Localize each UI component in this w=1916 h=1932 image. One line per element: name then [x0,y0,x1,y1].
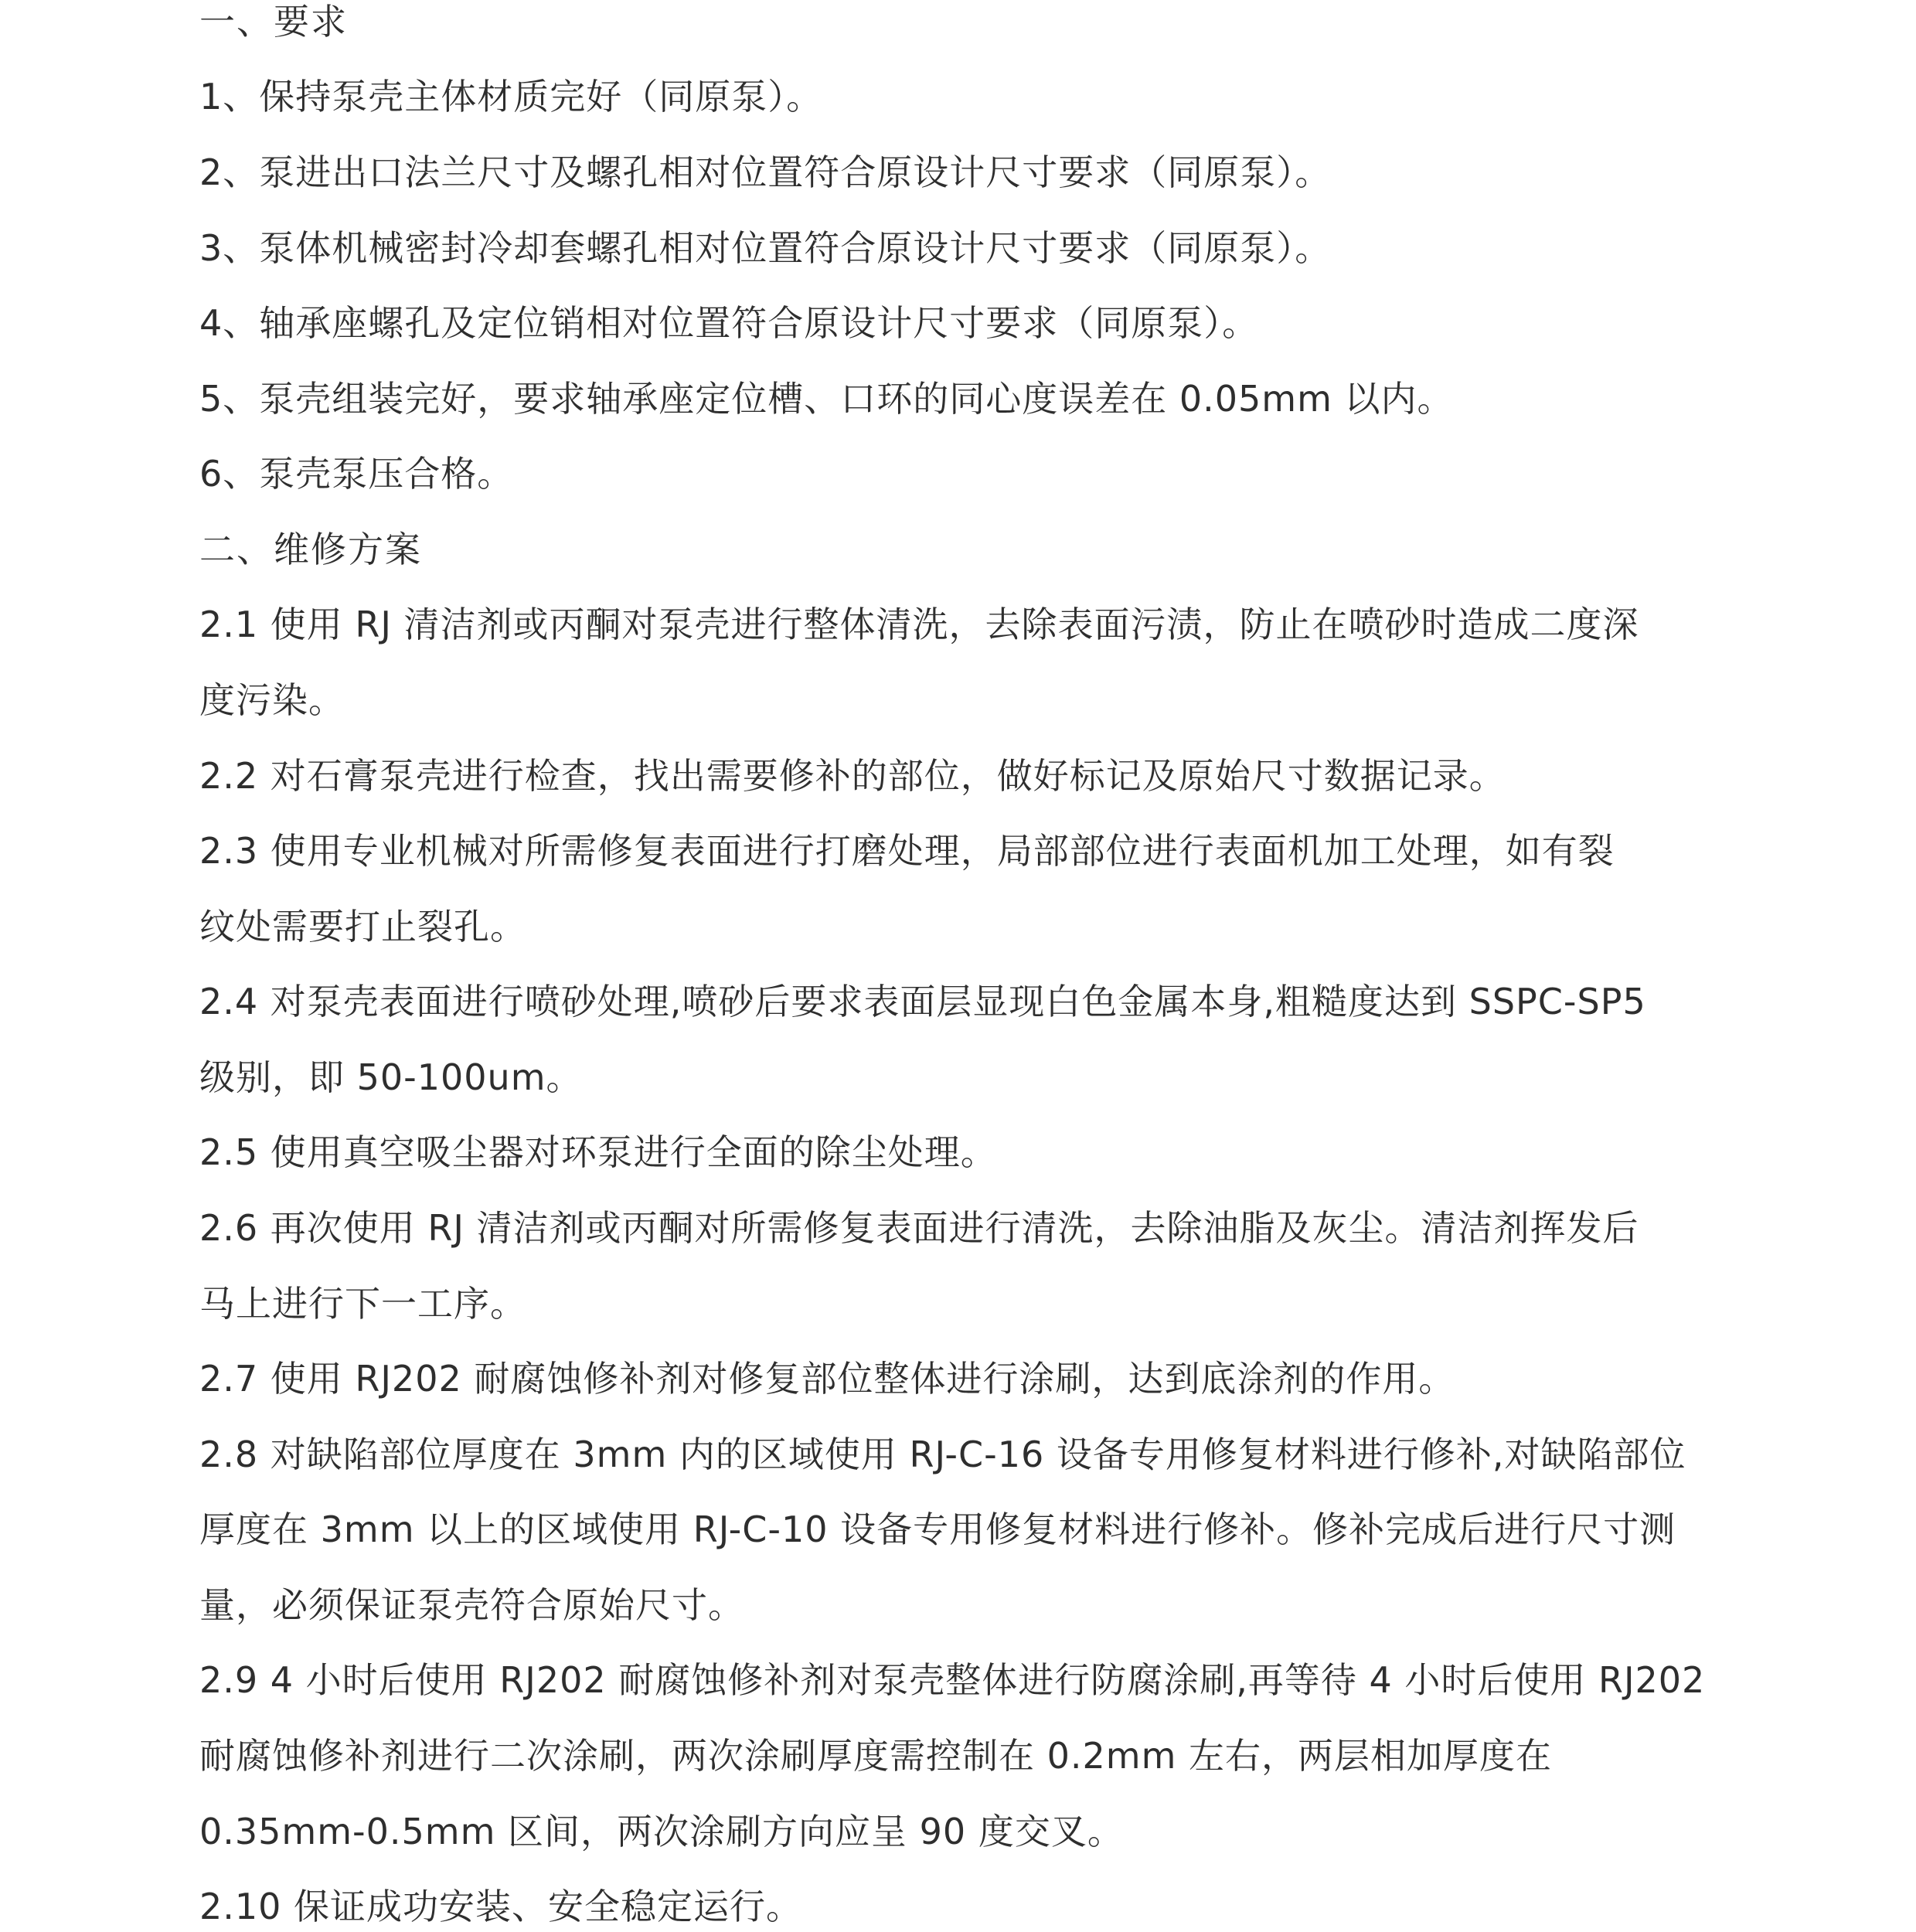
requirement-item-2: 2、泵进出口法兰尺寸及螺孔相对位置符合原设计尺寸要求（同原泵）。 [199,151,1331,194]
plan-step-2-1-cont: 度污染。 [199,679,345,722]
requirement-item-6: 6、泵壳泵压合格。 [199,452,513,495]
section-heading-requirements: 一、要求 [199,0,348,43]
plan-step-2-4: 2.4 对泵壳表面进行喷砂处理,喷砂后要求表面层显现白色金属本身,粗糙度达到 S… [199,980,1646,1023]
plan-step-2-6: 2.6 再次使用 RJ 清洁剂或丙酮对所需修复表面进行清洗，去除油脂及灰尘。清洁… [199,1206,1639,1250]
plan-step-2-8-cont-2: 量，必须保证泵壳符合原始尺寸。 [199,1583,744,1627]
plan-step-2-3-cont: 纹处需要打止裂孔。 [199,905,526,948]
requirement-item-4: 4、轴承座螺孔及定位销相对位置符合原设计尺寸要求（同原泵）。 [199,301,1258,345]
plan-step-2-6-cont: 马上进行下一工序。 [199,1282,526,1325]
plan-step-2-4-cont: 级别，即 50-100um。 [199,1056,583,1099]
requirement-item-3: 3、泵体机械密封冷却套螺孔相对位置符合原设计尺寸要求（同原泵）。 [199,226,1331,270]
plan-step-2-8: 2.8 对缺陷部位厚度在 3mm 内的区域使用 RJ-C-16 设备专用修复材料… [199,1433,1686,1476]
plan-step-2-5: 2.5 使用真空吸尘器对环泵进行全面的除尘处理。 [199,1131,997,1174]
plan-step-2-8-cont-1: 厚度在 3mm 以上的区域使用 RJ-C-10 设备专用修复材料进行修补。修补完… [199,1508,1676,1551]
plan-step-2-1: 2.1 使用 RJ 清洁剂或丙酮对泵壳进行整体清洗，去除表面污渍，防止在喷砂时造… [199,603,1639,646]
requirement-item-5: 5、泵壳组装完好，要求轴承座定位槽、口环的同心度误差在 0.05mm 以内。 [199,377,1454,420]
plan-step-2-9-cont-2: 0.35mm-0.5mm 区间，两次涂刷方向应呈 90 度交叉。 [199,1810,1124,1853]
plan-step-2-10: 2.10 保证成功安装、安全稳定运行。 [199,1885,802,1928]
plan-step-2-2: 2.2 对石膏泵壳进行检查，找出需要修补的部位，做好标记及原始尺寸数据记录。 [199,754,1506,798]
requirement-item-1: 1、保持泵壳主体材质完好（同原泵）。 [199,75,822,118]
document-page: 一、要求 1、保持泵壳主体材质完好（同原泵）。 2、泵进出口法兰尺寸及螺孔相对位… [0,0,1916,1932]
plan-step-2-9: 2.9 4 小时后使用 RJ202 耐腐蚀修补剂对泵壳整体进行防腐涂刷,再等待 … [199,1658,1705,1702]
section-heading-repair-plan: 二、维修方案 [199,528,422,571]
plan-step-2-9-cont-1: 耐腐蚀修补剂进行二次涂刷，两次涂刷厚度需控制在 0.2mm 左右，两层相加厚度在 [199,1734,1552,1777]
plan-step-2-3: 2.3 使用专业机械对所需修复表面进行打磨处理，局部部位进行表面机加工处理，如有… [199,829,1615,872]
plan-step-2-7: 2.7 使用 RJ202 耐腐蚀修补剂对修复部位整体进行涂刷，达到底涂剂的作用。 [199,1357,1455,1400]
